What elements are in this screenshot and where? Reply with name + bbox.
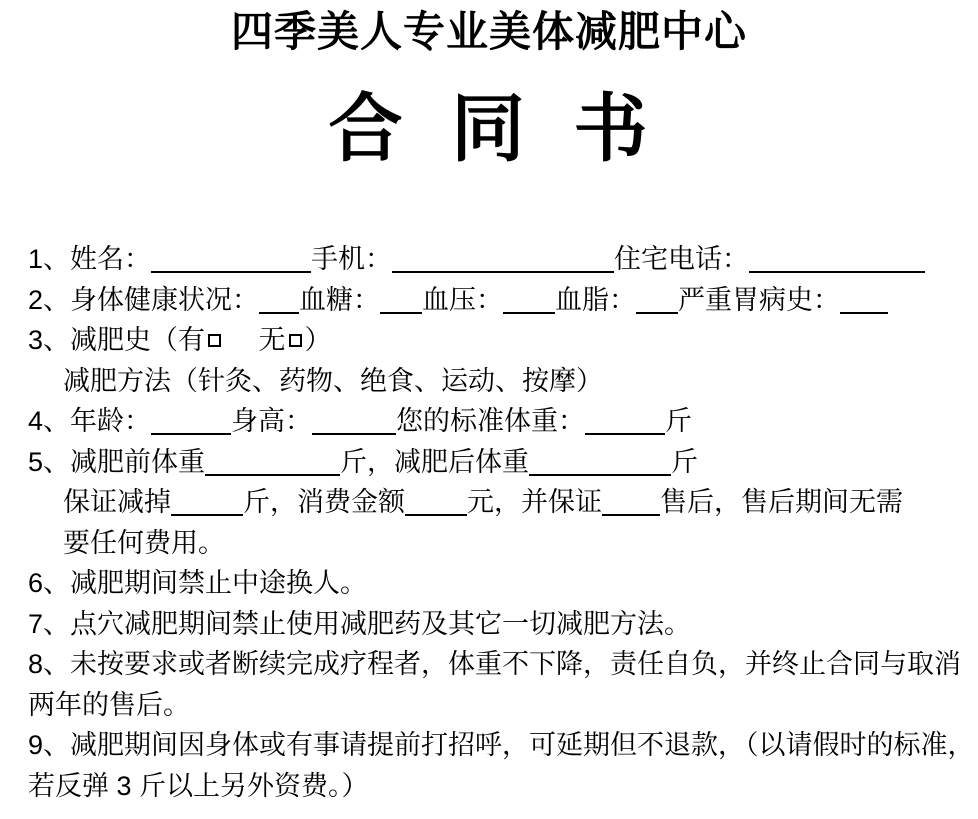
fill-in-blank	[259, 288, 299, 314]
contract-line: 若反弹 3 斤以上另外资费。）	[28, 766, 958, 807]
line-text: 血脂：	[555, 285, 636, 315]
contract-line: 7、点穴减肥期间禁止使用减肥药及其它一切减肥方法。	[28, 604, 958, 645]
contract-line: 3、减肥史（有 无）	[28, 320, 958, 361]
fill-in-blank	[529, 450, 671, 476]
line-text: 减肥方法（针灸、药物、绝食、运动、按摩）	[63, 366, 603, 396]
doc-title: 合 同 书	[0, 86, 978, 171]
contract-line: 1、姓名：手机：住宅电话：	[28, 239, 958, 280]
line-text: 3、减肥史（有	[28, 325, 205, 355]
contract-line: 要任何费用。	[28, 523, 958, 564]
fill-in-blank	[171, 490, 243, 516]
fill-in-blank	[503, 288, 555, 314]
contract-line: 2、身体健康状况：血糖：血压：血脂：严重胃病史：	[28, 280, 958, 321]
line-text: 2、身体健康状况：	[28, 285, 259, 315]
fill-in-blank	[636, 288, 678, 314]
line-text: 您的标准体重：	[396, 406, 585, 436]
line-text: 7、点穴减肥期间禁止使用减肥药及其它一切减肥方法。	[28, 609, 691, 639]
line-text: 6、减肥期间禁止中途换人。	[28, 568, 367, 598]
fill-in-blank	[840, 288, 888, 314]
line-text: 1、姓名：	[28, 244, 151, 274]
checkbox-icon	[289, 334, 302, 347]
fill-in-blank	[392, 247, 614, 273]
fill-in-blank	[312, 409, 396, 435]
line-text: 售后，售后期间无需	[660, 487, 903, 517]
line-text: 斤	[665, 406, 692, 436]
line-text: 无	[224, 325, 286, 355]
line-text: 要任何费用。	[63, 528, 225, 558]
line-text: 元，并保证	[467, 487, 602, 517]
line-text: ）	[305, 325, 332, 355]
fill-in-blank	[602, 490, 660, 516]
line-text: 手机：	[311, 244, 392, 274]
fill-in-blank	[151, 247, 311, 273]
fill-in-blank	[380, 288, 422, 314]
contract-body: 1、姓名：手机：住宅电话：2、身体健康状况：血糖：血压：血脂：严重胃病史：3、减…	[0, 239, 978, 806]
contract-line: 8、未按要求或者断续完成疗程者，体重不下降，责任自负，并终止合同与取消	[28, 644, 958, 685]
contract-line: 5、减肥前体重斤，减肥后体重斤	[28, 442, 958, 483]
line-text: 身高：	[231, 406, 312, 436]
checkbox-icon	[208, 334, 221, 347]
contract-line: 9、减肥期间因身体或有事请提前打招呼，可延期但不退款，（以请假时的标准，	[28, 725, 958, 766]
line-text: 严重胃病史：	[678, 285, 840, 315]
line-text: 两年的售后。	[28, 690, 190, 720]
line-text: 血糖：	[299, 285, 380, 315]
center-name-title: 四季美人专业美体减肥中心	[0, 0, 978, 56]
line-text: 保证减掉	[63, 487, 171, 517]
line-text: 5、减肥前体重	[28, 447, 205, 477]
contract-line: 减肥方法（针灸、药物、绝食、运动、按摩）	[28, 361, 958, 402]
line-text: 血压：	[422, 285, 503, 315]
fill-in-blank	[585, 409, 665, 435]
fill-in-blank	[151, 409, 231, 435]
line-text: 4、年龄：	[28, 406, 151, 436]
contract-line: 4、年龄：身高：您的标准体重：斤	[28, 401, 958, 442]
contract-line: 6、减肥期间禁止中途换人。	[28, 563, 958, 604]
line-text: 斤	[671, 447, 698, 477]
line-text: 8、未按要求或者断续完成疗程者，体重不下降，责任自负，并终止合同与取消	[28, 649, 961, 679]
line-text: 斤，消费金额	[243, 487, 405, 517]
line-text: 9、减肥期间因身体或有事请提前打招呼，可延期但不退款，（以请假时的标准，	[28, 730, 975, 760]
fill-in-blank	[405, 490, 467, 516]
contract-line: 保证减掉斤，消费金额元，并保证售后，售后期间无需	[28, 482, 958, 523]
line-text: 住宅电话：	[614, 244, 749, 274]
line-text: 斤，减肥后体重	[340, 447, 529, 477]
fill-in-blank	[205, 450, 340, 476]
contract-document: 四季美人专业美体减肥中心 合 同 书 1、姓名：手机：住宅电话：2、身体健康状况…	[0, 0, 978, 819]
line-text: 若反弹 3 斤以上另外资费。）	[28, 771, 369, 801]
fill-in-blank	[749, 247, 925, 273]
contract-line: 两年的售后。	[28, 685, 958, 726]
